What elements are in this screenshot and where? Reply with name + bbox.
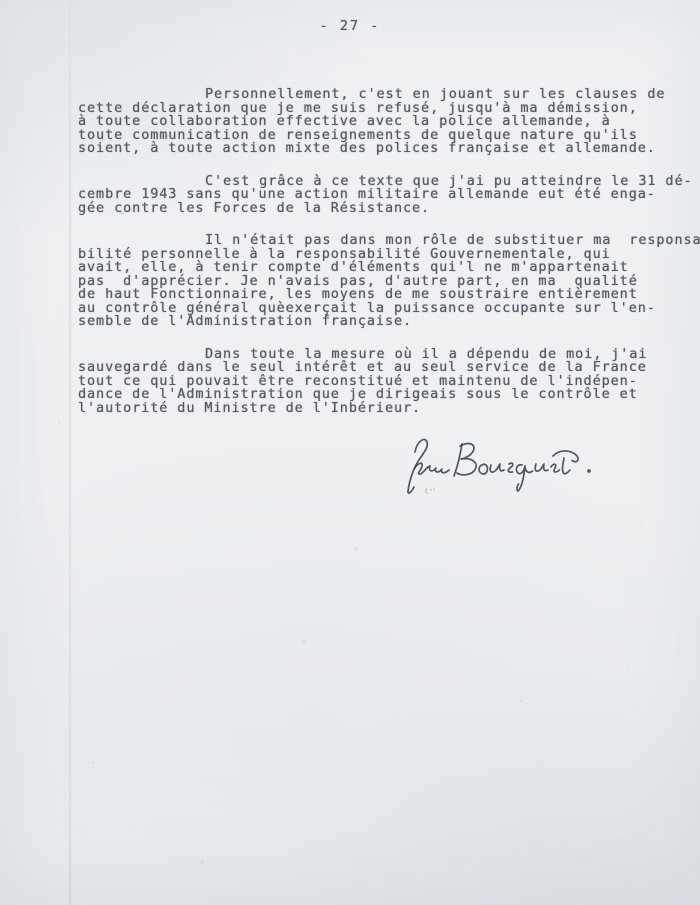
paragraph: C'est grâce à ce texte que j'ai pu attei… [78, 175, 678, 216]
text-line: semble de l'Administration française. [78, 315, 678, 329]
paragraph: Dans toute la mesure où il a dépendu de … [78, 348, 678, 416]
text-line: gée contre les Forces de la Résistance. [78, 202, 678, 216]
paper-speckles [0, 0, 2, 2]
paragraph: Il n'était pas dans mon rôle de substitu… [78, 234, 678, 329]
document-body: Personnellement, c'est en jouant sur les… [78, 88, 678, 415]
signature [388, 430, 608, 500]
signature-handwriting-icon [388, 430, 608, 500]
text-line: soient, à toute action mixte des polices… [78, 142, 678, 156]
paragraph: Personnellement, c'est en jouant sur les… [78, 88, 678, 156]
text-line: l'autorité du Ministre de l'Inbérieur. [78, 402, 678, 416]
paper-fold-line [69, 0, 71, 905]
scanned-page: - 27 - Personnellement, c'est en jouant … [0, 0, 700, 905]
page-number: - 27 - [0, 18, 700, 34]
